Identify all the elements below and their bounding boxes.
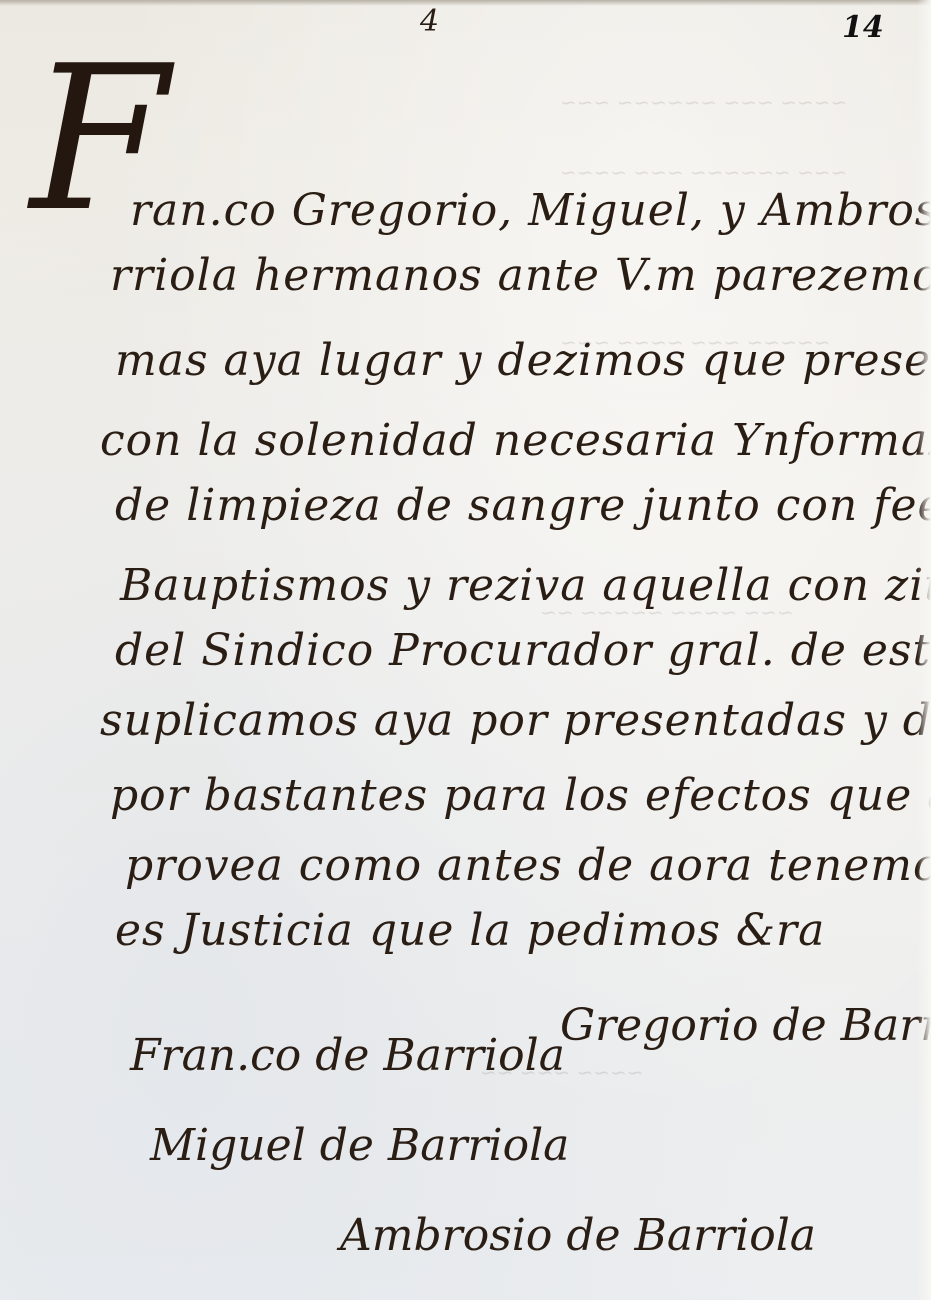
text-line: provea como antes de aora tenemos pedido [125, 840, 931, 891]
folio-mark: 4 [420, 4, 439, 39]
text-line: del Sindico Procurador gral. de esta vil… [115, 625, 931, 676]
signature-miguel: Miguel de Barriola [150, 1120, 569, 1171]
page-edge [0, 0, 931, 6]
text-line: es Justicia que la pedimos &ra [115, 905, 825, 956]
text-line: con la solenidad necesaria Ynformazion [100, 415, 931, 466]
text-line: Bauptismos y reziva aquella con zitazion [120, 560, 931, 611]
manuscript-page: ~~~~ ~~~ ~~~~~~ ~~~ ~~~ ~~~~~~ ~~~ ~~~~ … [0, 0, 931, 1300]
signature-ambrosio: Ambrosio de Barriola [340, 1210, 816, 1261]
bleed-through-text: ~~~~ ~~~ ~~~~~~ ~~~ [560, 90, 847, 114]
signature-francisco: Fran.co de Barriola [130, 1030, 565, 1081]
text-line: suplicamos aya por presentadas y dandola… [100, 695, 931, 746]
text-line: de limpieza de sangre junto con fees de [115, 480, 931, 531]
text-line: mas aya lugar y dezimos que presentamos [115, 335, 931, 386]
text-line: ran.co Gregorio, Miguel, y Ambrosio de B… [130, 185, 931, 236]
text-line: por bastantes para los efectos que aya l… [110, 770, 931, 821]
text-line: rriola hermanos ante V.m parezemos como [110, 250, 931, 301]
signature-gregorio: Gregorio de Barrio-la [560, 1000, 931, 1051]
bleed-through-text: ~~~ ~~~~~~ ~~~ ~~~~ [560, 160, 847, 184]
folio-number: 14 [842, 10, 884, 45]
